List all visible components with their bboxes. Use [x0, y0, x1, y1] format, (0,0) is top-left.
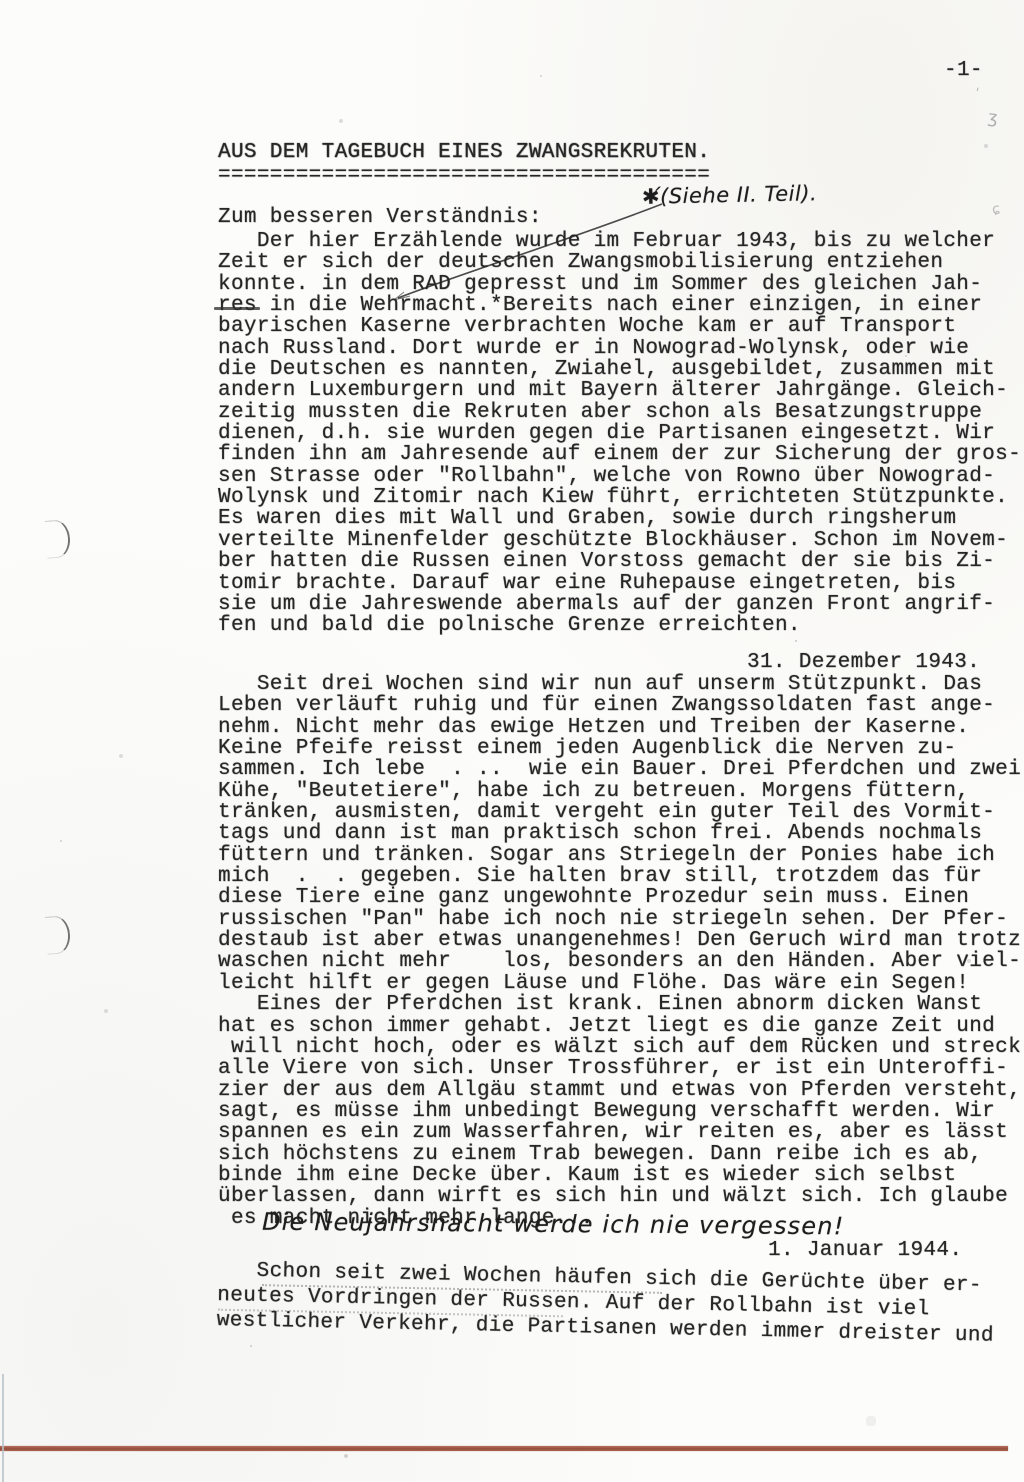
intro-heading: Zum besseren Verständnis:	[218, 207, 542, 228]
pencil-mark: '	[973, 86, 980, 101]
punch-hole-mark	[45, 915, 72, 955]
scanned-diary-page: -1- ' ʒ ɕ AUS DEM TAGEBUCH EINES ZWANGSR…	[0, 0, 1024, 1482]
pencil-mark: ɕ	[991, 200, 1001, 219]
handwritten-diary-note: Die Neujahrsnacht werde ich nie vergesse…	[262, 1208, 845, 1241]
title-underline: ======================================	[218, 165, 710, 186]
bottom-scan-line	[0, 1446, 1008, 1451]
entry-date-1: 31. Dezember 1943.	[747, 652, 980, 673]
entry-body-1: Seit drei Wochen sind wir nun auf unserm…	[218, 674, 1021, 1229]
typed-strikethrough-mark	[214, 307, 260, 310]
page-number: -1-	[944, 60, 983, 81]
punch-hole-mark	[45, 519, 72, 559]
entry-body-2: Schon seit zwei Wochen häufen sich die G…	[217, 1259, 995, 1349]
document-title: AUS DEM TAGEBUCH EINES ZWANGSREKRUTEN.	[218, 142, 710, 163]
pencil-mark: ʒ	[987, 107, 1000, 128]
intro-paragraph: Der hier Erzählende wurde im Februar 194…	[218, 231, 1021, 637]
left-scan-edge-line	[2, 1374, 4, 1482]
entry-date-2: 1. Januar 1944.	[768, 1240, 962, 1261]
paper-specks	[0, 0, 2, 2]
